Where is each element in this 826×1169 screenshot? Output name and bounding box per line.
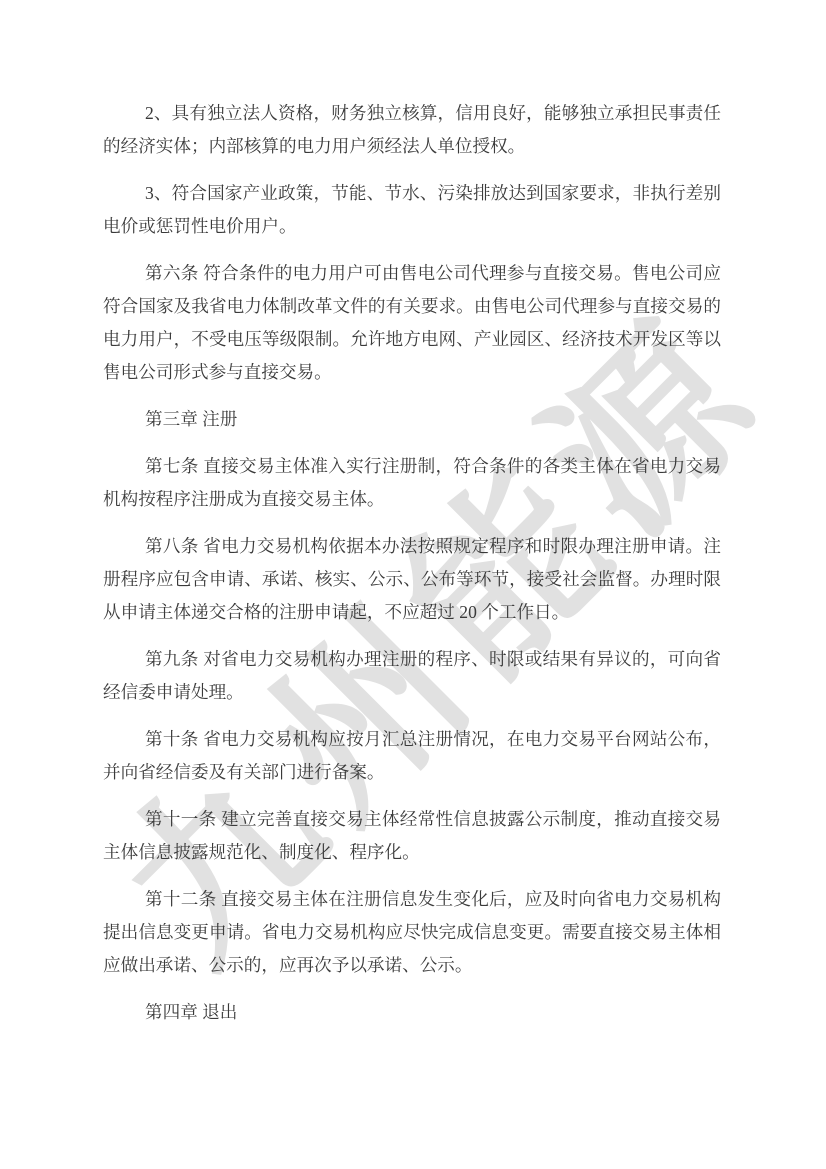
document-page: 九州能源 2、具有独立法人资格，财务独立核算，信用良好，能够独立承担民事责任的经… — [0, 0, 826, 1169]
paragraph-article-6: 第九条 对省电力交易机构办理注册的程序、时限或结果有异议的，可向省经信委申请处理… — [103, 643, 721, 709]
document-content: 2、具有独立法人资格，财务独立核算，信用良好，能够独立承担民事责任的经济实体；内… — [103, 97, 721, 1029]
paragraph-clause-item-0: 2、具有独立法人资格，财务独立核算，信用良好，能够独立承担民事责任的经济实体；内… — [103, 97, 721, 163]
paragraph-article-9: 第十二条 直接交易主体在注册信息发生变化后，应及时向省电力交易机构提出信息变更申… — [103, 883, 721, 982]
paragraph-article-8: 第十一条 建立完善直接交易主体经常性信息披露公示制度，推动直接交易主体信息披露规… — [103, 803, 721, 869]
paragraph-clause-item-1: 3、符合国家产业政策，节能、节水、污染排放达到国家要求，非执行差别电价或惩罚性电… — [103, 177, 721, 243]
paragraph-chapter-heading-10: 第四章 退出 — [103, 996, 721, 1029]
paragraph-article-7: 第十条 省电力交易机构应按月汇总注册情况，在电力交易平台网站公布，并向省经信委及… — [103, 723, 721, 789]
paragraph-article-2: 第六条 符合条件的电力用户可由售电公司代理参与直接交易。售电公司应符合国家及我省… — [103, 257, 721, 389]
paragraph-article-4: 第七条 直接交易主体准入实行注册制，符合条件的各类主体在省电力交易机构按程序注册… — [103, 450, 721, 516]
paragraph-chapter-heading-3: 第三章 注册 — [103, 403, 721, 436]
paragraph-article-5: 第八条 省电力交易机构依据本办法按照规定程序和时限办理注册申请。注册程序应包含申… — [103, 530, 721, 629]
